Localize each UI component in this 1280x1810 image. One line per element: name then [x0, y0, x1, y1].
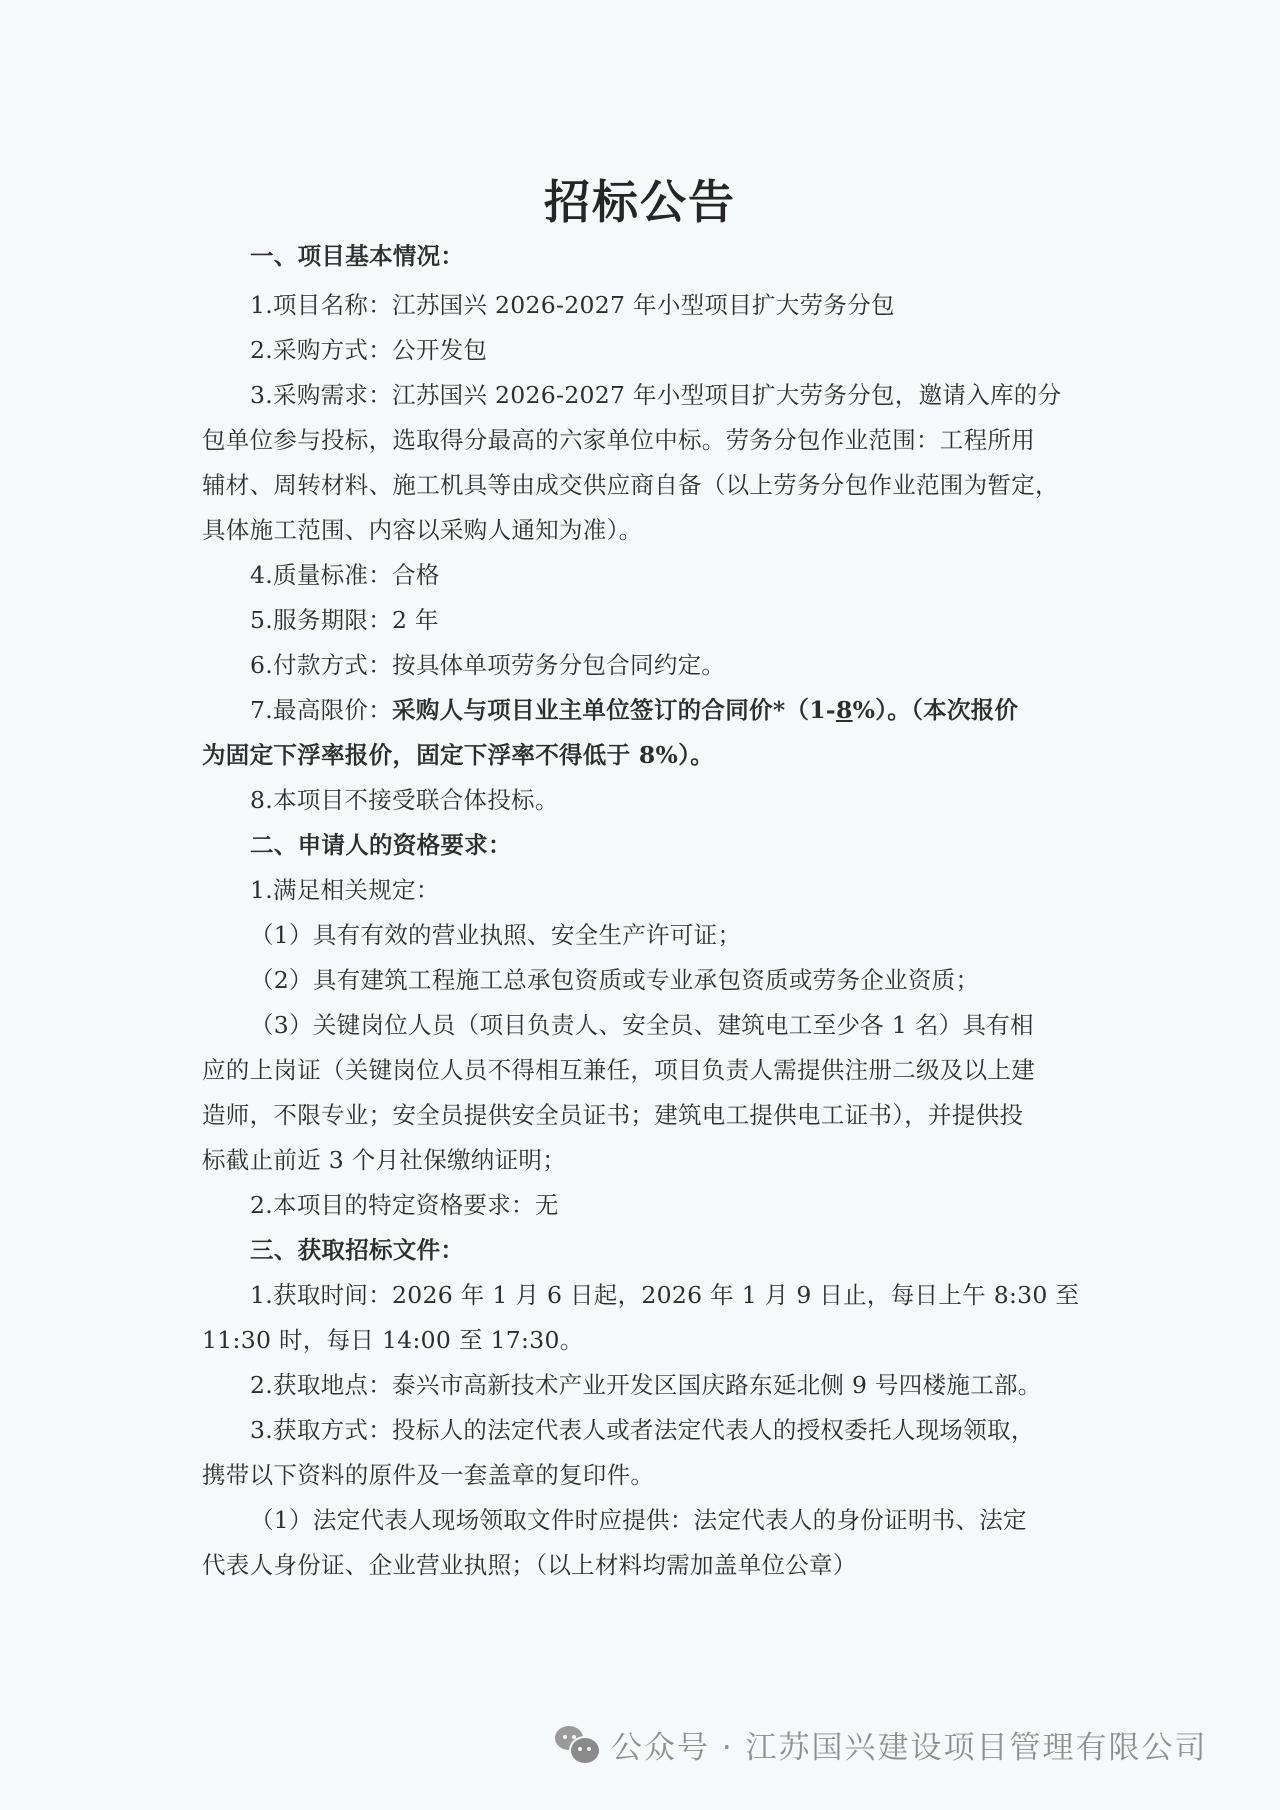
- qualification-sub-3-line-4: 标截止前近 3 个月社保缴纳证明；: [202, 1145, 1095, 1175]
- section-heading-project-info: 一、项目基本情况：: [250, 241, 1143, 271]
- watermark-text: 公众号 · 江苏国兴建设项目管理有限公司: [611, 1722, 1208, 1767]
- obtain-time-line-2: 11:30 时，每日 14:00 至 17:30。: [202, 1325, 1095, 1355]
- qualification-sub-2: （2）具有建筑工程施工总承包资质或专业承包资质或劳务企业资质；: [250, 965, 1095, 995]
- obtain-location: 2.获取地点：泰兴市高新技术产业开发区国庆路东延北侧 9 号四楼施工部。: [250, 1370, 1095, 1400]
- legal-rep-requirement-line-2: 代表人身份证、企业营业执照；（以上材料均需加盖单位公章）: [202, 1550, 1095, 1580]
- document-page: 招标公告 一、项目基本情况： 1.项目名称：江苏国兴 2026-2027 年小型…: [0, 0, 1280, 1810]
- qualification-sub-1: （1）具有有效的营业执照、安全生产许可证；: [250, 920, 1095, 950]
- procurement-demand-line-4: 具体施工范围、内容以采购人通知为准）。: [202, 515, 1095, 545]
- max-price-underlined: 8: [836, 696, 853, 724]
- section-heading-obtain-documents: 三、获取招标文件：: [250, 1235, 1143, 1265]
- wechat-icon: [555, 1724, 601, 1764]
- max-price-text-a: 采购人与项目业主单位签订的合同价*（1-: [392, 696, 836, 724]
- qualification-sub-3-line-3: 造师，不限专业；安全员提供安全员证书；建筑电工提供电工证书），并提供投: [202, 1100, 1095, 1130]
- service-period: 5.服务期限：2 年: [250, 605, 1095, 635]
- quality-standard: 4.质量标准：合格: [250, 560, 1095, 590]
- legal-rep-requirement-line-1: （1）法定代表人现场领取文件时应提供：法定代表人的身份证明书、法定: [250, 1505, 1095, 1535]
- wechat-watermark: 公众号 · 江苏国兴建设项目管理有限公司: [555, 1722, 1208, 1766]
- payment-method: 6.付款方式：按具体单项劳务分包合同约定。: [250, 650, 1095, 680]
- section-heading-qualifications: 二、申请人的资格要求：: [250, 830, 1143, 860]
- qualification-sub-3-line-1: （3）关键岗位人员（项目负责人、安全员、建筑电工至少各 1 名）具有相: [250, 1010, 1095, 1040]
- qualification-item-1: 1.满足相关规定：: [250, 875, 1095, 905]
- procurement-demand-line-1: 3.采购需求：江苏国兴 2026-2027 年小型项目扩大劳务分包，邀请入库的分: [250, 380, 1095, 410]
- max-price-text-b: %）。（本次报价: [853, 696, 1019, 724]
- max-price-line-2: 为固定下浮率报价，固定下浮率不得低于 8%）。: [202, 740, 1095, 770]
- document-title: 招标公告: [0, 166, 1280, 232]
- obtain-method-line-1: 3.获取方式：投标人的法定代表人或者法定代表人的授权委托人现场领取，: [250, 1415, 1095, 1445]
- procurement-method: 2.采购方式：公开发包: [250, 335, 1095, 365]
- obtain-method-line-2: 携带以下资料的原件及一套盖章的复印件。: [202, 1460, 1095, 1490]
- no-consortium: 8.本项目不接受联合体投标。: [250, 785, 1095, 815]
- qualification-item-2: 2.本项目的特定资格要求：无: [250, 1190, 1095, 1220]
- procurement-demand-line-3: 辅材、周转材料、施工机具等由成交供应商自备（以上劳务分包作业范围为暂定，: [202, 470, 1095, 500]
- max-price-line-1: 7.最高限价：采购人与项目业主单位签订的合同价*（1-8%）。（本次报价: [250, 695, 1095, 725]
- max-price-label: 7.最高限价：: [250, 696, 392, 724]
- qualification-sub-3-line-2: 应的上岗证（关键岗位人员不得相互兼任，项目负责人需提供注册二级及以上建: [202, 1055, 1095, 1085]
- project-name: 1.项目名称：江苏国兴 2026-2027 年小型项目扩大劳务分包: [250, 290, 1095, 320]
- obtain-time-line-1: 1.获取时间：2026 年 1 月 6 日起，2026 年 1 月 9 日止，每…: [250, 1280, 1095, 1310]
- procurement-demand-line-2: 包单位参与投标，选取得分最高的六家单位中标。劳务分包作业范围：工程所用: [202, 425, 1095, 455]
